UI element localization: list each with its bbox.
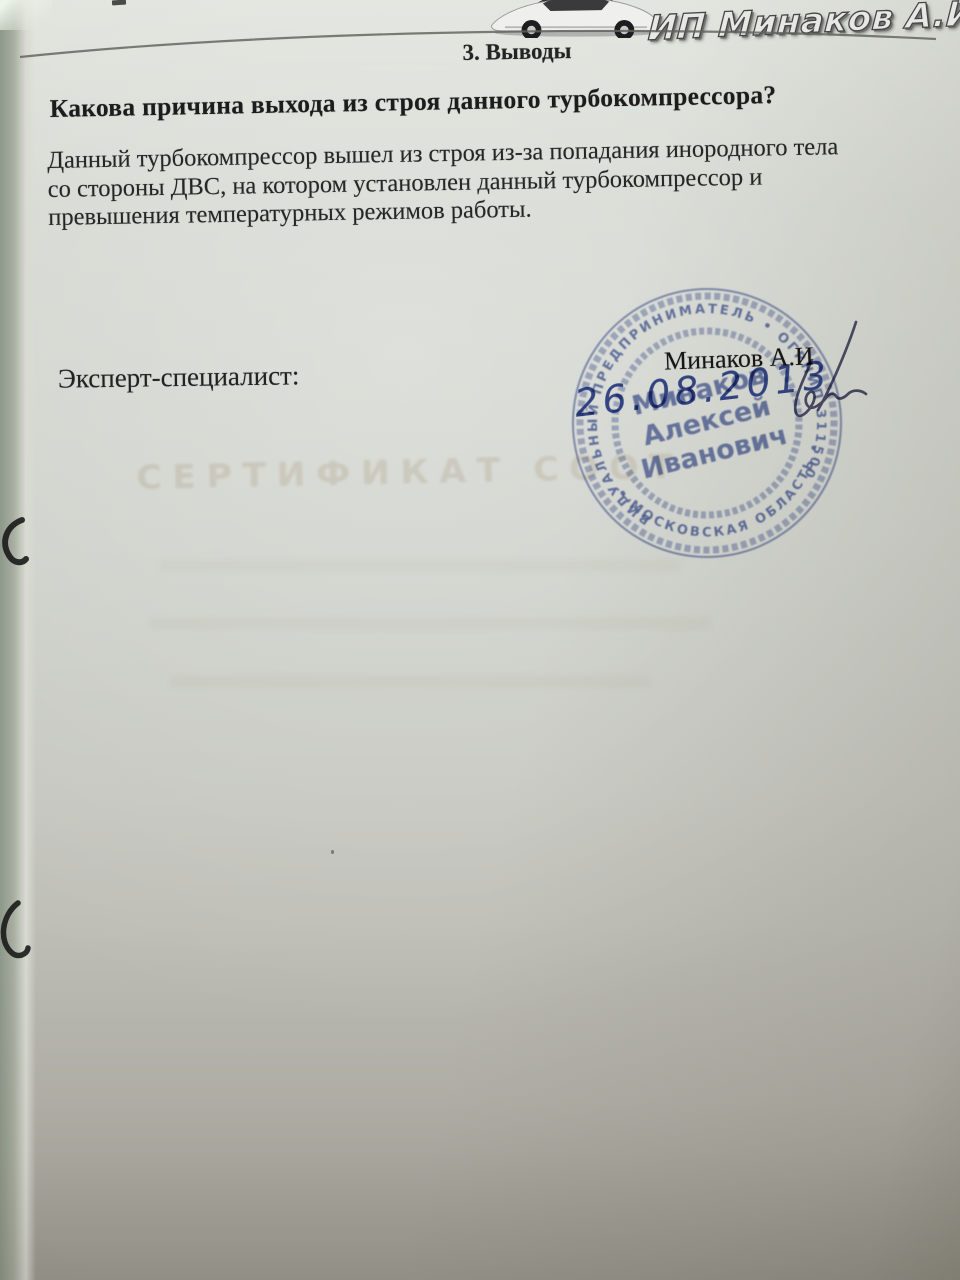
question-text: Какова причина выхода из строя данного т…	[49, 79, 829, 124]
expert-label: Эксперт-специалист:	[58, 360, 300, 394]
paper-speck	[331, 850, 334, 854]
binder-rings	[0, 0, 40, 1000]
signature-scribble	[752, 316, 882, 434]
document-photo: ИП Минаков А.И. 3. Выводы Какова причина…	[0, 0, 960, 1280]
answer-paragraph: Данный турбокомпрессор вышел из строя из…	[47, 132, 923, 233]
